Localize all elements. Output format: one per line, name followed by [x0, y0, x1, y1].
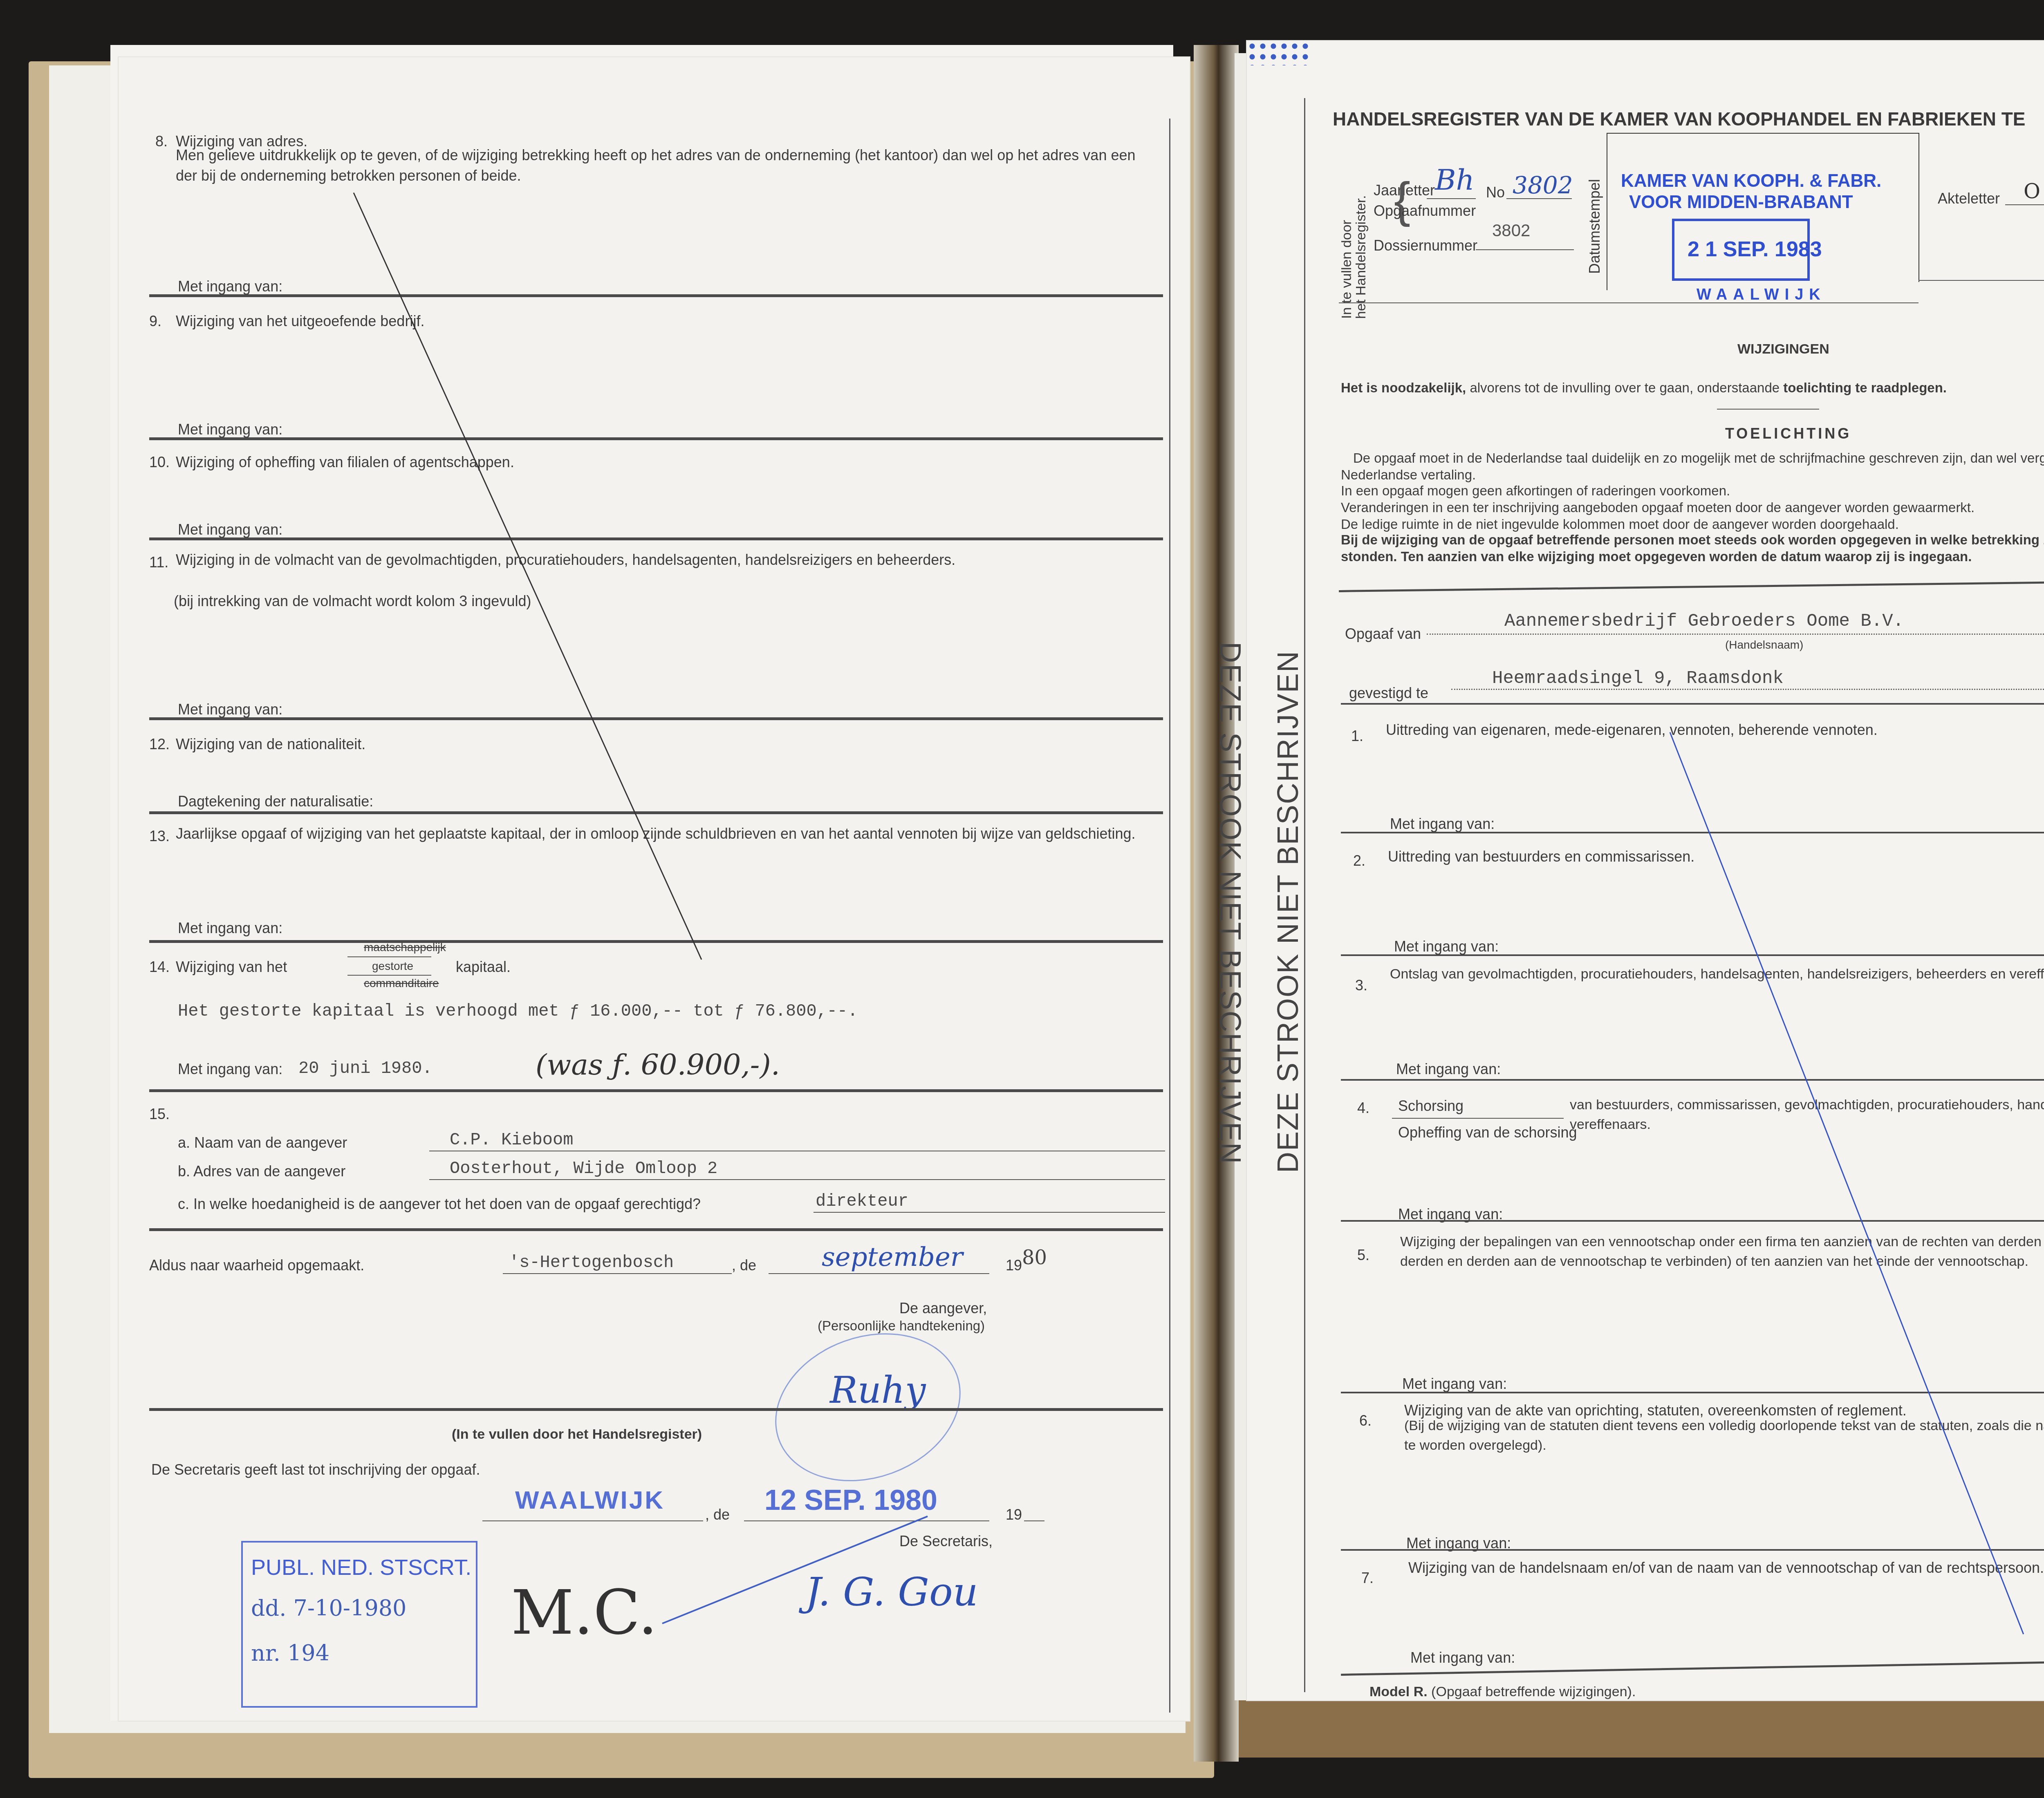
r-item-1-number: 1.: [1351, 728, 1363, 744]
toelichting-line-3: Veranderingen in een ter inschrijving aa…: [1341, 500, 1975, 515]
r-item-7-field-label: Met ingang van:: [1410, 1649, 1515, 1666]
cancellation-line-blue: [1670, 732, 2024, 1635]
field-line: [1427, 634, 2044, 635]
divider: [149, 940, 1163, 943]
item-12-number: 12.: [149, 736, 170, 752]
opgaafnummer-label: Opgaafnummer: [1374, 202, 1476, 219]
margin-line: [1169, 119, 1170, 1713]
r-item-4-title-rest: van bestuurders, commissarissen, gevolma…: [1570, 1095, 2044, 1134]
gevestigd-value: Heemraadsingel 9, Raamsdonk: [1492, 668, 1784, 689]
item-14-number: 14.: [149, 958, 170, 975]
item-11-title: Wijziging in de volmacht van de gevolmac…: [176, 550, 1153, 570]
divider: [149, 437, 1163, 440]
item-9-number: 9.: [149, 313, 161, 329]
r-item-2-title: Uittreding van bestuurders en commissari…: [1388, 848, 1694, 865]
aangever-signature-note: (Persoonlijke handtekening): [818, 1318, 985, 1334]
divider: [1339, 579, 2044, 592]
aangever-signature: Ruhy: [830, 1369, 926, 1412]
side-label-2: het Handelsregister.: [1353, 195, 1369, 319]
aangever-name-value: C.P. Kieboom: [450, 1130, 573, 1150]
divider: [149, 1408, 1163, 1411]
r-item-5-number: 5.: [1357, 1247, 1369, 1263]
declaration-year: 80: [1022, 1247, 1047, 1269]
opgaaf-label: Opgaaf van: [1345, 625, 1421, 642]
option-gestorte: gestorte: [372, 960, 413, 973]
option-maatschappelijk: maatschappelijk: [364, 941, 446, 954]
toelichting-line-4: De ledige ruimte in de niet ingevulde ko…: [1341, 517, 1899, 532]
stamp-date: 2 1 SEP. 1983: [1688, 237, 1822, 262]
item-8-field-label: Met ingang van:: [178, 278, 282, 295]
r-item-6-note: (Bij de wijziging van de statuten dient …: [1404, 1416, 2044, 1455]
r-item-2-field-label: Met ingang van:: [1394, 938, 1499, 955]
jaarletter-value: Bh: [1435, 163, 1475, 197]
publication-stamp: PUBL. NED. STSCRT. dd. 7-10-1980 nr. 194: [241, 1541, 477, 1708]
item-9-title: Wijziging van het uitgeoefende bedrijf.: [176, 313, 424, 329]
item-10-title: Wijziging of opheffing van filialen of a…: [176, 454, 514, 470]
r-item-1-field-label: Met ingang van:: [1390, 815, 1495, 832]
field-line: [769, 1273, 989, 1274]
field-line: [2005, 204, 2044, 205]
dossiernummer-label: Dossiernummer: [1374, 237, 1477, 254]
divider: [1341, 832, 2044, 833]
declaration-place: 's-Hertogenbosch: [509, 1253, 674, 1272]
field-line: [814, 1212, 1165, 1213]
divider: [1341, 1220, 2044, 1222]
divider: [149, 717, 1163, 720]
item-11-note: (bij intrekking van de volmacht wordt ko…: [174, 593, 531, 609]
perforation-dots: [1247, 41, 1312, 65]
opgaaf-value: Aannemersbedrijf Gebroeders Oome B.V.: [1504, 611, 1904, 632]
item-11-field-label: Met ingang van:: [178, 701, 282, 718]
item-13-title: Jaarlijkse opgaaf of wijziging van het g…: [176, 824, 1153, 844]
spine-notice-left: DEZE STROOK NIET BESCHRIJVEN: [1213, 642, 1247, 1164]
registry-heading: (In te vullen door het Handelsregister): [452, 1426, 702, 1442]
divider: [347, 975, 431, 976]
item-8-note: Men gelieve uitdrukkelijk op te geven, o…: [176, 145, 1149, 186]
declaration-year-prefix: 19: [1006, 1257, 1022, 1274]
form-model-description: (Opgaaf betreffende wijzigingen).: [1428, 1684, 1636, 1699]
notice-text: alvorens tot de invulling over te gaan, …: [1466, 380, 1783, 395]
item-10-number: 10.: [149, 454, 170, 470]
field-line: [1427, 198, 1476, 199]
aangever-address-value: Oosterhout, Wijde Omloop 2: [450, 1159, 717, 1178]
registry-year-prefix: 19: [1006, 1506, 1022, 1523]
opgaaf-sublabel: (Handelsnaam): [1725, 638, 1803, 652]
divider: [1339, 302, 1918, 303]
divider: [1341, 703, 2044, 705]
akteletter-label: Akteletter: [1938, 190, 2000, 207]
registry-date-stamp: 12 SEP. 1980: [764, 1484, 937, 1517]
divider: [1392, 1118, 1564, 1119]
aangever-address-label: b. Adres van de aangever: [178, 1163, 345, 1180]
item-8-number: 8.: [155, 133, 168, 150]
item-14-field-label: Met ingang van:: [178, 1061, 282, 1077]
item-14-prefix: Wijziging van het: [176, 958, 287, 975]
registry-place-stamp: WAALWIJK: [515, 1486, 665, 1515]
datumstempel-label: Datumstempel: [1586, 179, 1603, 274]
publication-stamp-line1: PUBL. NED. STSCRT.: [251, 1555, 471, 1580]
typed-capital-text: Het gestorte kapitaal is verhoogd met ƒ …: [178, 1001, 858, 1021]
divider: [149, 294, 1163, 297]
divider: [1341, 954, 2044, 956]
aangever-capacity-value: direkteur: [816, 1191, 908, 1211]
side-label-1: In te vullen door: [1339, 220, 1355, 319]
item-13-field-label: Met ingang van:: [178, 920, 282, 936]
field-line: [1506, 198, 1572, 199]
register-title: HANDELSREGISTER VAN DE KAMER VAN KOOPHAN…: [1333, 108, 2025, 130]
divider: [1341, 1392, 2044, 1393]
toelichting-line-1: De opgaaf moet in de Nederlandse taal du…: [1341, 450, 2044, 484]
registry-de: , de: [705, 1506, 730, 1523]
r-item-4-schorsing: Schorsing: [1398, 1097, 1464, 1114]
stamp-line1: KAMER VAN KOOPH. & FABR.: [1621, 171, 1881, 192]
r-item-5-field-label: Met ingang van:: [1402, 1375, 1507, 1392]
declaration-month: september: [822, 1243, 963, 1273]
dossiernummer-value: 3802: [1492, 221, 1530, 240]
declaration-label: Aldus naar waarheid opgemaakt.: [149, 1257, 364, 1274]
field-line: [429, 1151, 1165, 1151]
handwritten-note: (was ƒ. 60.900,-).: [536, 1048, 780, 1081]
item-11-number: 11.: [149, 554, 168, 571]
initials: M.C.: [511, 1578, 657, 1648]
r-item-7-number: 7.: [1361, 1570, 1374, 1586]
divider: [149, 1228, 1163, 1231]
declaration-de: , de: [732, 1257, 756, 1274]
secretary-signature: J. G. Gou: [805, 1570, 978, 1614]
no-value: 3802: [1513, 172, 1573, 199]
item-10-field-label: Met ingang van:: [178, 521, 282, 538]
field-line: [1024, 1520, 1044, 1521]
notice-bold-2: toelichting te raadplegen.: [1783, 380, 1947, 395]
form-model: Model R.: [1369, 1684, 1428, 1699]
field-line: [744, 1520, 989, 1521]
r-item-4-opheffing: Opheffing van de schorsing: [1398, 1124, 1577, 1141]
item-12-field-label: Dagtekening der naturalisatie:: [178, 793, 373, 810]
r-item-6-number: 6.: [1359, 1412, 1372, 1429]
secretary-label: De Secretaris,: [899, 1533, 993, 1549]
date-stamp-box: 2 1 SEP. 1983: [1672, 219, 1810, 281]
brace-icon: {: [1394, 172, 1410, 228]
divider: [149, 1089, 1163, 1092]
box-border: [1607, 133, 1607, 290]
option-commanditaire: commanditaire: [364, 977, 439, 990]
field-line: [429, 1179, 1165, 1180]
box-border: [1607, 133, 1919, 134]
item-9-field-label: Met ingang van:: [178, 421, 282, 438]
box-border: [1918, 133, 1919, 282]
stamp-line2: VOOR MIDDEN-BRABANT: [1629, 192, 1853, 213]
divider: [1341, 1079, 2044, 1081]
publication-stamp-number: nr. 194: [251, 1641, 329, 1666]
item-14-suffix: kapitaal.: [456, 958, 511, 975]
form-footer: Model R. (Opgaaf betreffende wijzigingen…: [1369, 1684, 1636, 1700]
toelichting-line-2: In een opgaaf mogen geen afkortingen of …: [1341, 483, 1730, 499]
r-item-3-title: Ontslag van gevolmachtigden, procuratieh…: [1390, 965, 2044, 984]
item-15-number: 15.: [149, 1106, 170, 1122]
notice-bold-1: Het is noodzakelijk,: [1341, 380, 1466, 395]
field-line: [482, 1520, 703, 1521]
registry-instruction: De Secretaris geeft last tot inschrijvin…: [151, 1461, 480, 1478]
divider: [149, 537, 1163, 540]
r-item-2-number: 2.: [1353, 852, 1365, 869]
notice: Het is noodzakelijk, alvorens tot de inv…: [1341, 380, 1947, 396]
akteletter-value: O: [2024, 180, 2040, 204]
cancellation-line: [353, 193, 702, 960]
toelichting-title: TOELICHTING: [1725, 425, 1851, 442]
right-page: DEZE STROOK NIET BESCHRIJVEN HANDELSREGI…: [1247, 41, 2044, 1700]
field-line: [503, 1273, 732, 1274]
r-item-3-number: 3.: [1355, 977, 1367, 994]
r-item-3-field-label: Met ingang van:: [1396, 1061, 1501, 1077]
aangever-name-label: a. Naam van de aangever: [178, 1134, 347, 1151]
r-item-4-number: 4.: [1357, 1099, 1369, 1116]
item-13-number: 13.: [149, 828, 170, 844]
field-line: [1476, 249, 1574, 250]
r-item-5-title: Wijziging der bepalingen van een vennoot…: [1400, 1232, 2044, 1271]
left-page: 8. Wijziging van adres. Men gelieve uitd…: [119, 57, 1190, 1721]
no-label: No: [1486, 184, 1505, 201]
section-title: WIJZIGINGEN: [1737, 341, 1829, 357]
r-item-1-title: Uittreding van eigenaren, mede-eigenaren…: [1386, 721, 1878, 738]
item-14-field-value: 20 juni 1980.: [298, 1059, 433, 1078]
aangever-title: De aangever,: [899, 1300, 987, 1317]
divider: [1717, 409, 1819, 410]
aangever-capacity-label: c. In welke hoedanigheid is de aangever …: [178, 1196, 701, 1212]
item-12-title: Wijziging van de nationaliteit.: [176, 736, 365, 752]
toelichting-bold: Bij de wijziging van de opgaaf betreffen…: [1341, 531, 2044, 565]
r-item-7-title: Wijziging van de handelsnaam en/of van d…: [1408, 1559, 2044, 1576]
divider: [149, 811, 1163, 814]
divider: [1341, 1549, 2044, 1551]
stamp-city: WAALWIJK: [1697, 286, 1826, 304]
gevestigd-label: gevestigd te: [1349, 685, 1428, 701]
spine-notice-right: DEZE STROOK NIET BESCHRIJVEN: [1271, 650, 1305, 1173]
divider: [1918, 280, 2044, 281]
publication-stamp-date: dd. 7-10-1980: [251, 1596, 406, 1621]
divider: [347, 956, 431, 957]
field-line: [1451, 689, 2044, 690]
